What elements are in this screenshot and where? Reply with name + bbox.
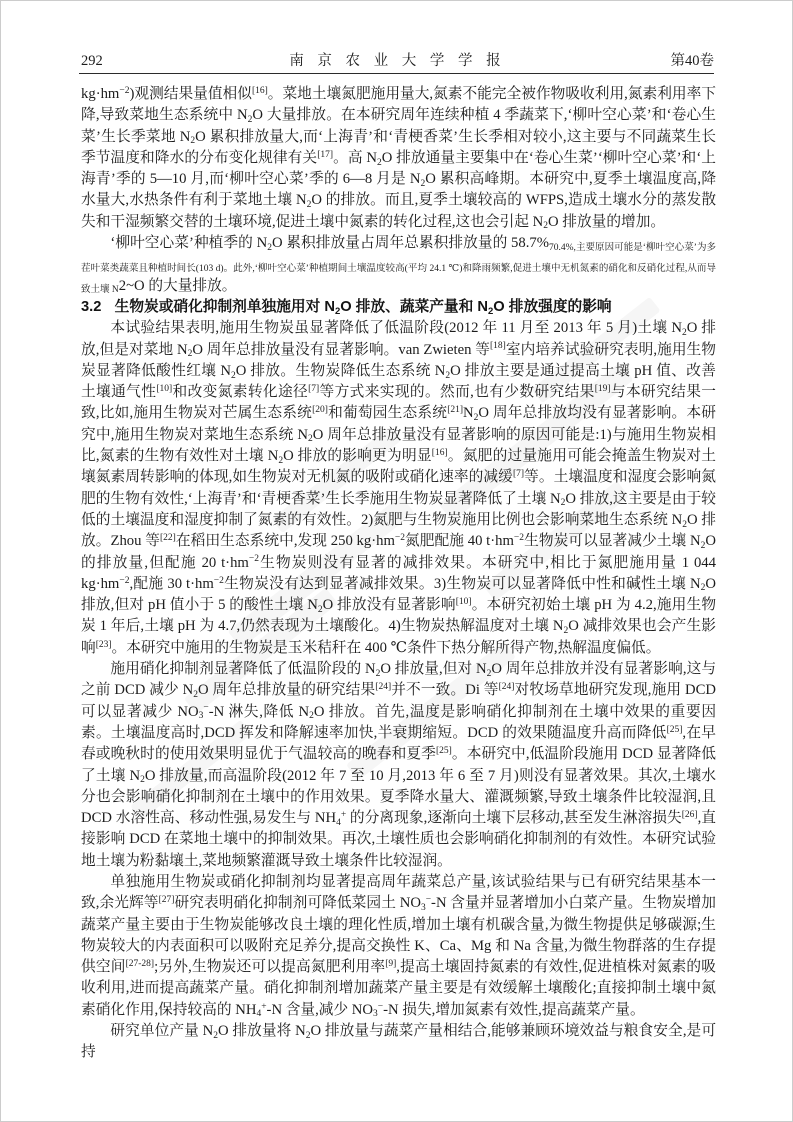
paragraph: 研究单位产量 N2O 排放量将 N2O 排放量与蔬菜产量相结合,能够兼顾环境效益…: [81, 1021, 716, 1064]
paragraph: 本试验结果表明,施用生物炭虽显著降低了低温阶段(2012 年 11 月至 201…: [81, 318, 716, 659]
paragraph: ‘柳叶空心菜’种植季的 N2O 累积排放量占周年总累积排放量的 58.7%70.…: [81, 233, 716, 297]
journal-page: 292 南 京 农 业 大 学 学 报 第40卷 kg·hm−2)观测结果量值相…: [0, 0, 793, 1122]
paragraph: 施用硝化抑制剂显著降低了低温阶段的 N2O 排放量,但对 N2O 周年总排放并没…: [81, 659, 716, 872]
article-body: kg·hm−2)观测结果量值相似[16]。菜地土壤氮肥施用量大,氮素不能完全被作…: [81, 84, 716, 1064]
page-number: 292: [81, 51, 171, 71]
section-title: 生物炭或硝化抑制剂单独施用对 N2O 排放、蔬菜产量和 N2O 排放强度的影响: [115, 299, 612, 315]
paragraph: kg·hm−2)观测结果量值相似[16]。菜地土壤氮肥施用量大,氮素不能完全被作…: [81, 84, 716, 233]
volume-label: 第40卷: [624, 51, 714, 71]
section-heading: 3.2生物炭或硝化抑制剂单独施用对 N2O 排放、蔬菜产量和 N2O 排放强度的…: [81, 297, 716, 318]
page-header: 292 南 京 农 业 大 学 学 报 第40卷: [81, 51, 714, 71]
journal-title: 南 京 农 业 大 学 学 报: [171, 51, 624, 71]
section-number: 3.2: [81, 299, 101, 315]
paragraph: 单独施用生物炭或硝化抑制剂均显著提高周年蔬菜总产量,该试验结果与已有研究结果基本…: [81, 872, 716, 1021]
header-rule: [79, 73, 714, 74]
